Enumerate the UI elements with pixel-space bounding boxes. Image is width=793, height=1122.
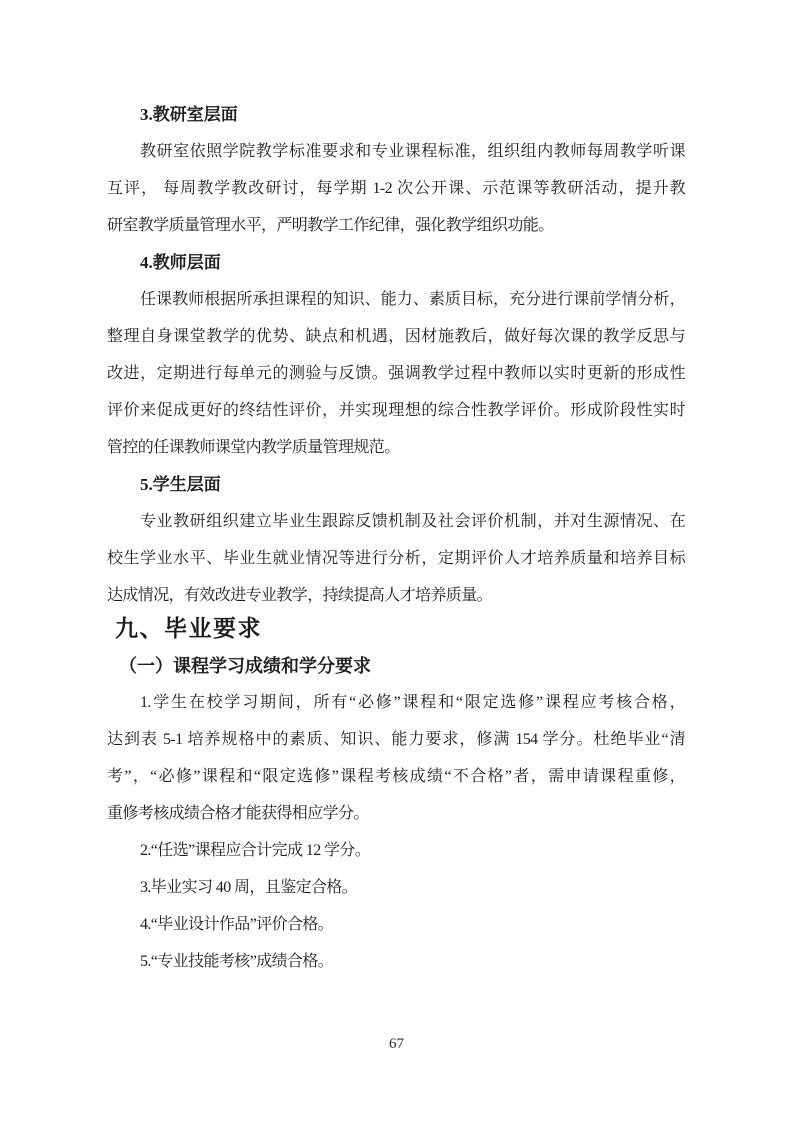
paragraph-line: 任课教师根据所承担课程的知识、能力、素质目标，充分进行课前学情分析， bbox=[107, 281, 685, 318]
paragraph-line: 达到表 5-1 培养规格中的素质、知识、能力要求，修满 154 学分。杜绝毕业“… bbox=[107, 721, 685, 758]
list-item-graduation-design: 4.“毕业设计作品”评价合格。 bbox=[107, 906, 685, 943]
list-item-elective-credits: 2.“任选”课程应合计完成 12 学分。 bbox=[107, 832, 685, 869]
paragraph-teacher: 任课教师根据所承担课程的知识、能力、素质目标，充分进行课前学情分析， 整理自身课… bbox=[107, 281, 685, 466]
paragraph-line: 管控的任课教师课堂内教学质量管理规范。 bbox=[107, 429, 685, 466]
paragraph-line: 重修考核成绩合格才能获得相应学分。 bbox=[107, 795, 685, 832]
paragraph-line: 评价来促成更好的终结性评价，并实现理想的综合性教学评价。形成阶段性实时 bbox=[107, 392, 685, 429]
list-item-internship: 3.毕业实习 40 周，且鉴定合格。 bbox=[107, 869, 685, 906]
paragraph-line: 校生学业水平、毕业生就业情况等进行分析，定期评价人才培养质量和培养目标 bbox=[107, 540, 685, 577]
section-heading-teaching-office: 3.教研室层面 bbox=[107, 96, 685, 133]
chapter-heading-graduation-requirements: 九、毕业要求 bbox=[107, 608, 685, 648]
section-heading-student: 5.学生层面 bbox=[107, 466, 685, 503]
paragraph-student: 专业教研组织建立毕业生跟踪反馈机制及社会评价机制，并对生源情况、在 校生学业水平… bbox=[107, 503, 685, 614]
paragraph-teaching-office: 教研室依照学院教学标准要求和专业课程标准，组织组内教师每周教学听课 互评， 每周… bbox=[107, 133, 685, 244]
document-page: 3.教研室层面 教研室依照学院教学标准要求和专业课程标准，组织组内教师每周教学听… bbox=[0, 0, 793, 1122]
paragraph-line: 教研室依照学院教学标准要求和专业课程标准，组织组内教师每周教学听课 bbox=[107, 133, 685, 170]
paragraph-line: 整理自身课堂教学的优势、缺点和机遇，因材施教后，做好每次课的教学反思与 bbox=[107, 318, 685, 355]
paragraph-line: 1.学生在校学习期间，所有“必修”课程和“限定选修”课程应考核合格， bbox=[107, 684, 685, 721]
section-heading-teacher: 4.教师层面 bbox=[107, 244, 685, 281]
paragraph-line: 专业教研组织建立毕业生跟踪反馈机制及社会评价机制，并对生源情况、在 bbox=[107, 503, 685, 540]
paragraph-credit-requirement: 1.学生在校学习期间，所有“必修”课程和“限定选修”课程应考核合格， 达到表 5… bbox=[107, 684, 685, 832]
subsection-heading-course-credit-requirements: （一）课程学习成绩和学分要求 bbox=[107, 648, 685, 684]
paragraph-line: 改进，定期进行每单元的测验与反馈。强调教学过程中教师以实时更新的形成性 bbox=[107, 355, 685, 392]
paragraph-line: 互评， 每周教学教改研讨，每学期 1-2 次公开课、示范课等教研活动，提升教 bbox=[107, 170, 685, 207]
list-item-skill-assessment: 5.“专业技能考核”成绩合格。 bbox=[107, 943, 685, 980]
paragraph-line: 考”，“必修”课程和“限定选修”课程考核成绩“不合格”者，需申请课程重修， bbox=[107, 758, 685, 795]
paragraph-line: 研室教学质量管理水平，严明教学工作纪律，强化教学组织功能。 bbox=[107, 207, 685, 244]
page-body: 3.教研室层面 教研室依照学院教学标准要求和专业课程标准，组织组内教师每周教学听… bbox=[107, 96, 685, 980]
page-number: 67 bbox=[0, 1036, 793, 1053]
